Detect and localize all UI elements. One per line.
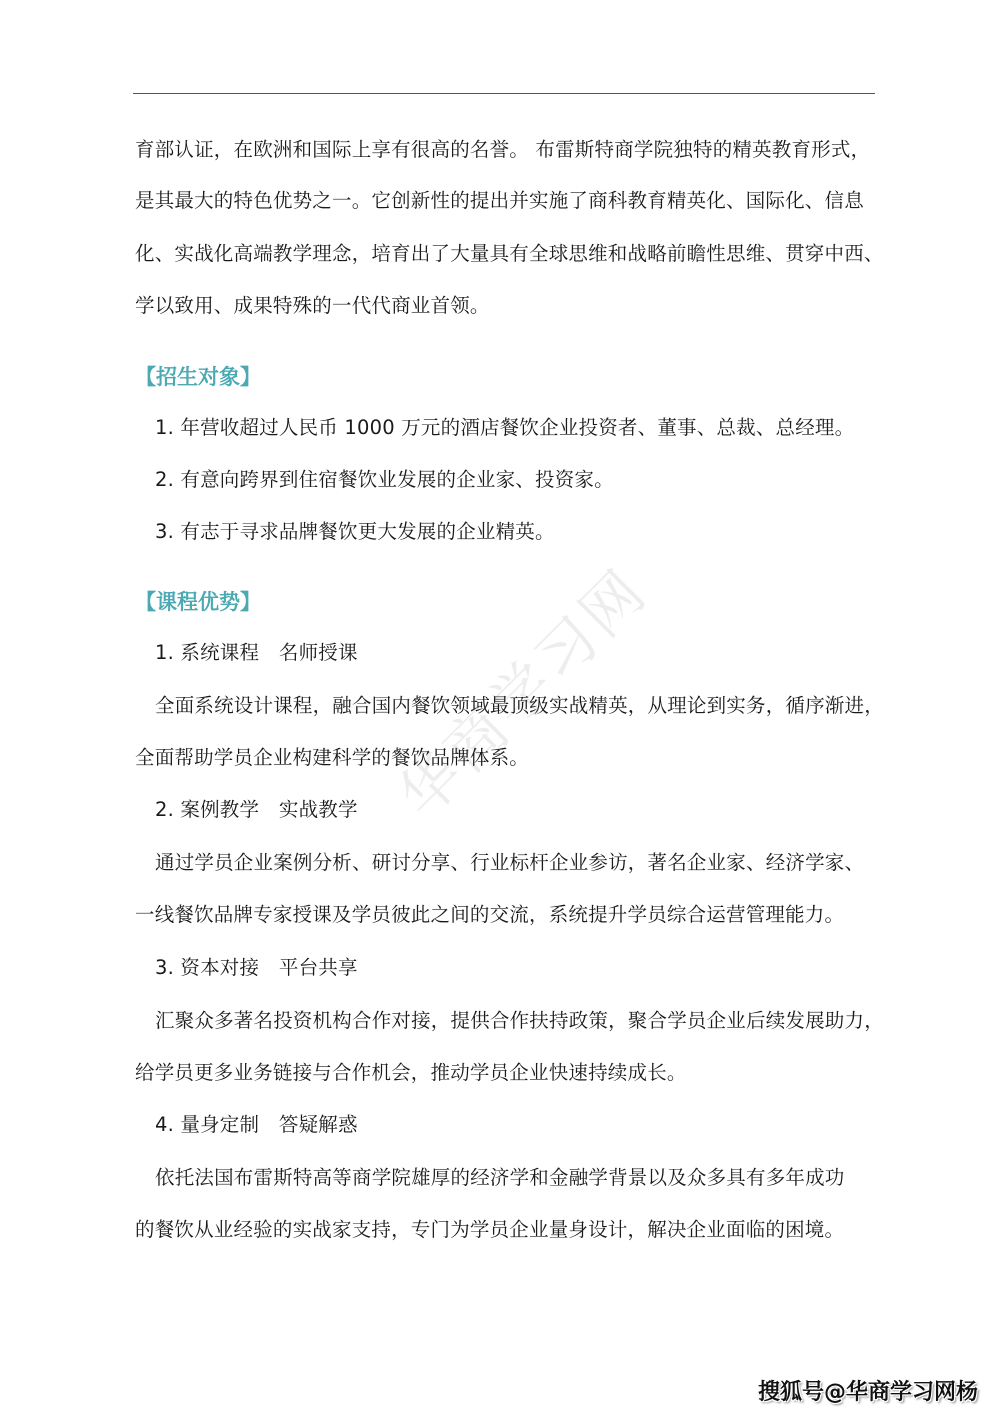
advantage-title: 1. 系统课程 名师授课 (155, 639, 358, 667)
source-attribution: 搜狐号@华商学习网杨 (758, 1375, 978, 1406)
advantage-body: 通过学员企业案例分析、研讨分享、行业标杆企业参访，著名企业家、经济学家、 (155, 849, 864, 877)
header-divider (133, 93, 875, 94)
intro-line: 是其最大的特色优势之一。它创新性的提出并实施了商科教育精英化、国际化、信息 (135, 187, 864, 215)
advantage-title: 3. 资本对接 平台共享 (155, 954, 358, 982)
advantage-title: 2. 案例教学 实战教学 (155, 796, 358, 824)
advantage-body: 依托法国布雷斯特高等商学院雄厚的经济学和金融学背景以及众多具有多年成功 (155, 1164, 845, 1192)
advantage-body: 全面系统设计课程，融合国内餐饮领域最顶级实战精英，从理论到实务，循序渐进， (155, 692, 884, 720)
advantage-body: 汇聚众多著名投资机构合作对接，提供合作扶持政策，聚合学员企业后续发展助力， (155, 1007, 884, 1035)
intro-line: 育部认证，在欧洲和国际上享有很高的名誉。 布雷斯特商学院独特的精英教育形式， (135, 136, 870, 164)
section-heading-enrollment: 【招生对象】 (135, 362, 261, 392)
intro-line: 学以致用、成果特殊的一代代商业首领。 (135, 292, 490, 320)
enrollment-item: 3. 有志于寻求品牌餐饮更大发展的企业精英。 (155, 518, 555, 546)
advantage-body: 的餐饮从业经验的实战家支持，专门为学员企业量身设计，解决企业面临的困境。 (135, 1216, 844, 1244)
section-heading-advantages: 【课程优势】 (135, 587, 261, 617)
intro-line: 化、实战化高端教学理念，培育出了大量具有全球思维和战略前瞻性思维、贯穿中西、 (135, 240, 884, 268)
enrollment-item: 1. 年营收超过人民币 1000 万元的酒店餐饮企业投资者、董事、总裁、总经理。 (155, 414, 854, 442)
advantage-body: 给学员更多业务链接与合作机会，推动学员企业快速持续成长。 (135, 1059, 687, 1087)
watermark: 华商学习网 (376, 546, 663, 833)
advantage-body: 一线餐饮品牌专家授课及学员彼此之间的交流，系统提升学员综合运营管理能力。 (135, 901, 844, 929)
advantage-title: 4. 量身定制 答疑解惑 (155, 1111, 358, 1139)
enrollment-item: 2. 有意向跨界到住宿餐饮业发展的企业家、投资家。 (155, 466, 614, 494)
advantage-body: 全面帮助学员企业构建科学的餐饮品牌体系。 (135, 744, 529, 772)
